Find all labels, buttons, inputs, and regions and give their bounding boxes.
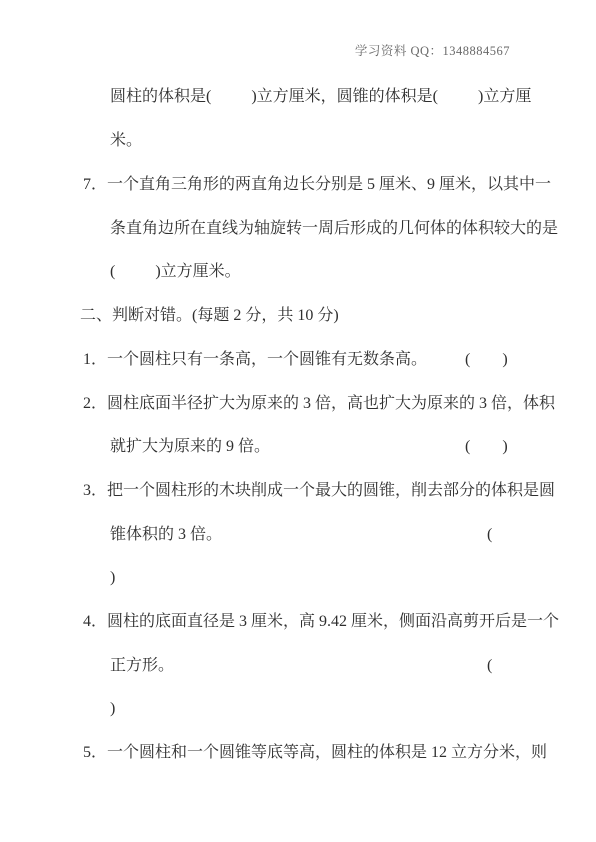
- q7-line-2: 条直角边所在直线为轴旋转一周后形成的几何体的体积较大的是: [110, 219, 558, 239]
- tf-item-3-answer-open-paren: (: [487, 525, 492, 545]
- tf-item-1-answer-parens: ( ): [465, 350, 508, 370]
- tf-item-1-line-1: 1．一个圆柱只有一条高，一个圆锥有无数条高。: [83, 350, 427, 370]
- tf-item-2-answer-parens: ( ): [465, 437, 508, 457]
- tf-item-3-line-2: 锥体积的 3 倍。: [110, 525, 222, 545]
- tf-item-3-answer-close-paren: ): [110, 568, 115, 588]
- tf-item-4-line-1: 4．圆柱的底面直径是 3 厘米，高 9.42 厘米，侧面沿高剪开后是一个: [83, 612, 559, 632]
- tf-item-5-line-1: 5．一个圆柱和一个圆锥等底等高，圆柱的体积是 12 立方分米，则: [83, 743, 547, 763]
- tf-item-4-answer-close-paren: ): [110, 699, 115, 719]
- tf-item-2-line-2: 就扩大为原来的 9 倍。: [110, 437, 270, 457]
- q7-line-1: 7．一个直角三角形的两直角边长分别是 5 厘米、9 厘米，以其中一: [83, 175, 551, 195]
- watermark-text: 学习资料 QQ：1348884567: [355, 41, 510, 59]
- tf-item-4-answer-open-paren: (: [487, 656, 492, 676]
- section-2-header: 二、判断对错。(每题 2 分，共 10 分): [80, 306, 339, 326]
- q6-line-2: 米。: [110, 131, 142, 151]
- tf-item-3-line-1: 3．把一个圆柱形的木块削成一个最大的圆锥，削去部分的体积是圆: [83, 481, 555, 501]
- q7-line-3: ( )立方厘米。: [110, 262, 241, 282]
- document-page: 学习资料 QQ：1348884567 圆柱的体积是( )立方厘米，圆锥的体积是(…: [0, 0, 596, 842]
- q6-line-1: 圆柱的体积是( )立方厘米，圆锥的体积是( )立方厘: [110, 87, 531, 107]
- tf-item-4-line-2: 正方形。: [110, 656, 174, 676]
- tf-item-2-line-1: 2．圆柱底面半径扩大为原来的 3 倍，高也扩大为原来的 3 倍，体积: [83, 394, 555, 414]
